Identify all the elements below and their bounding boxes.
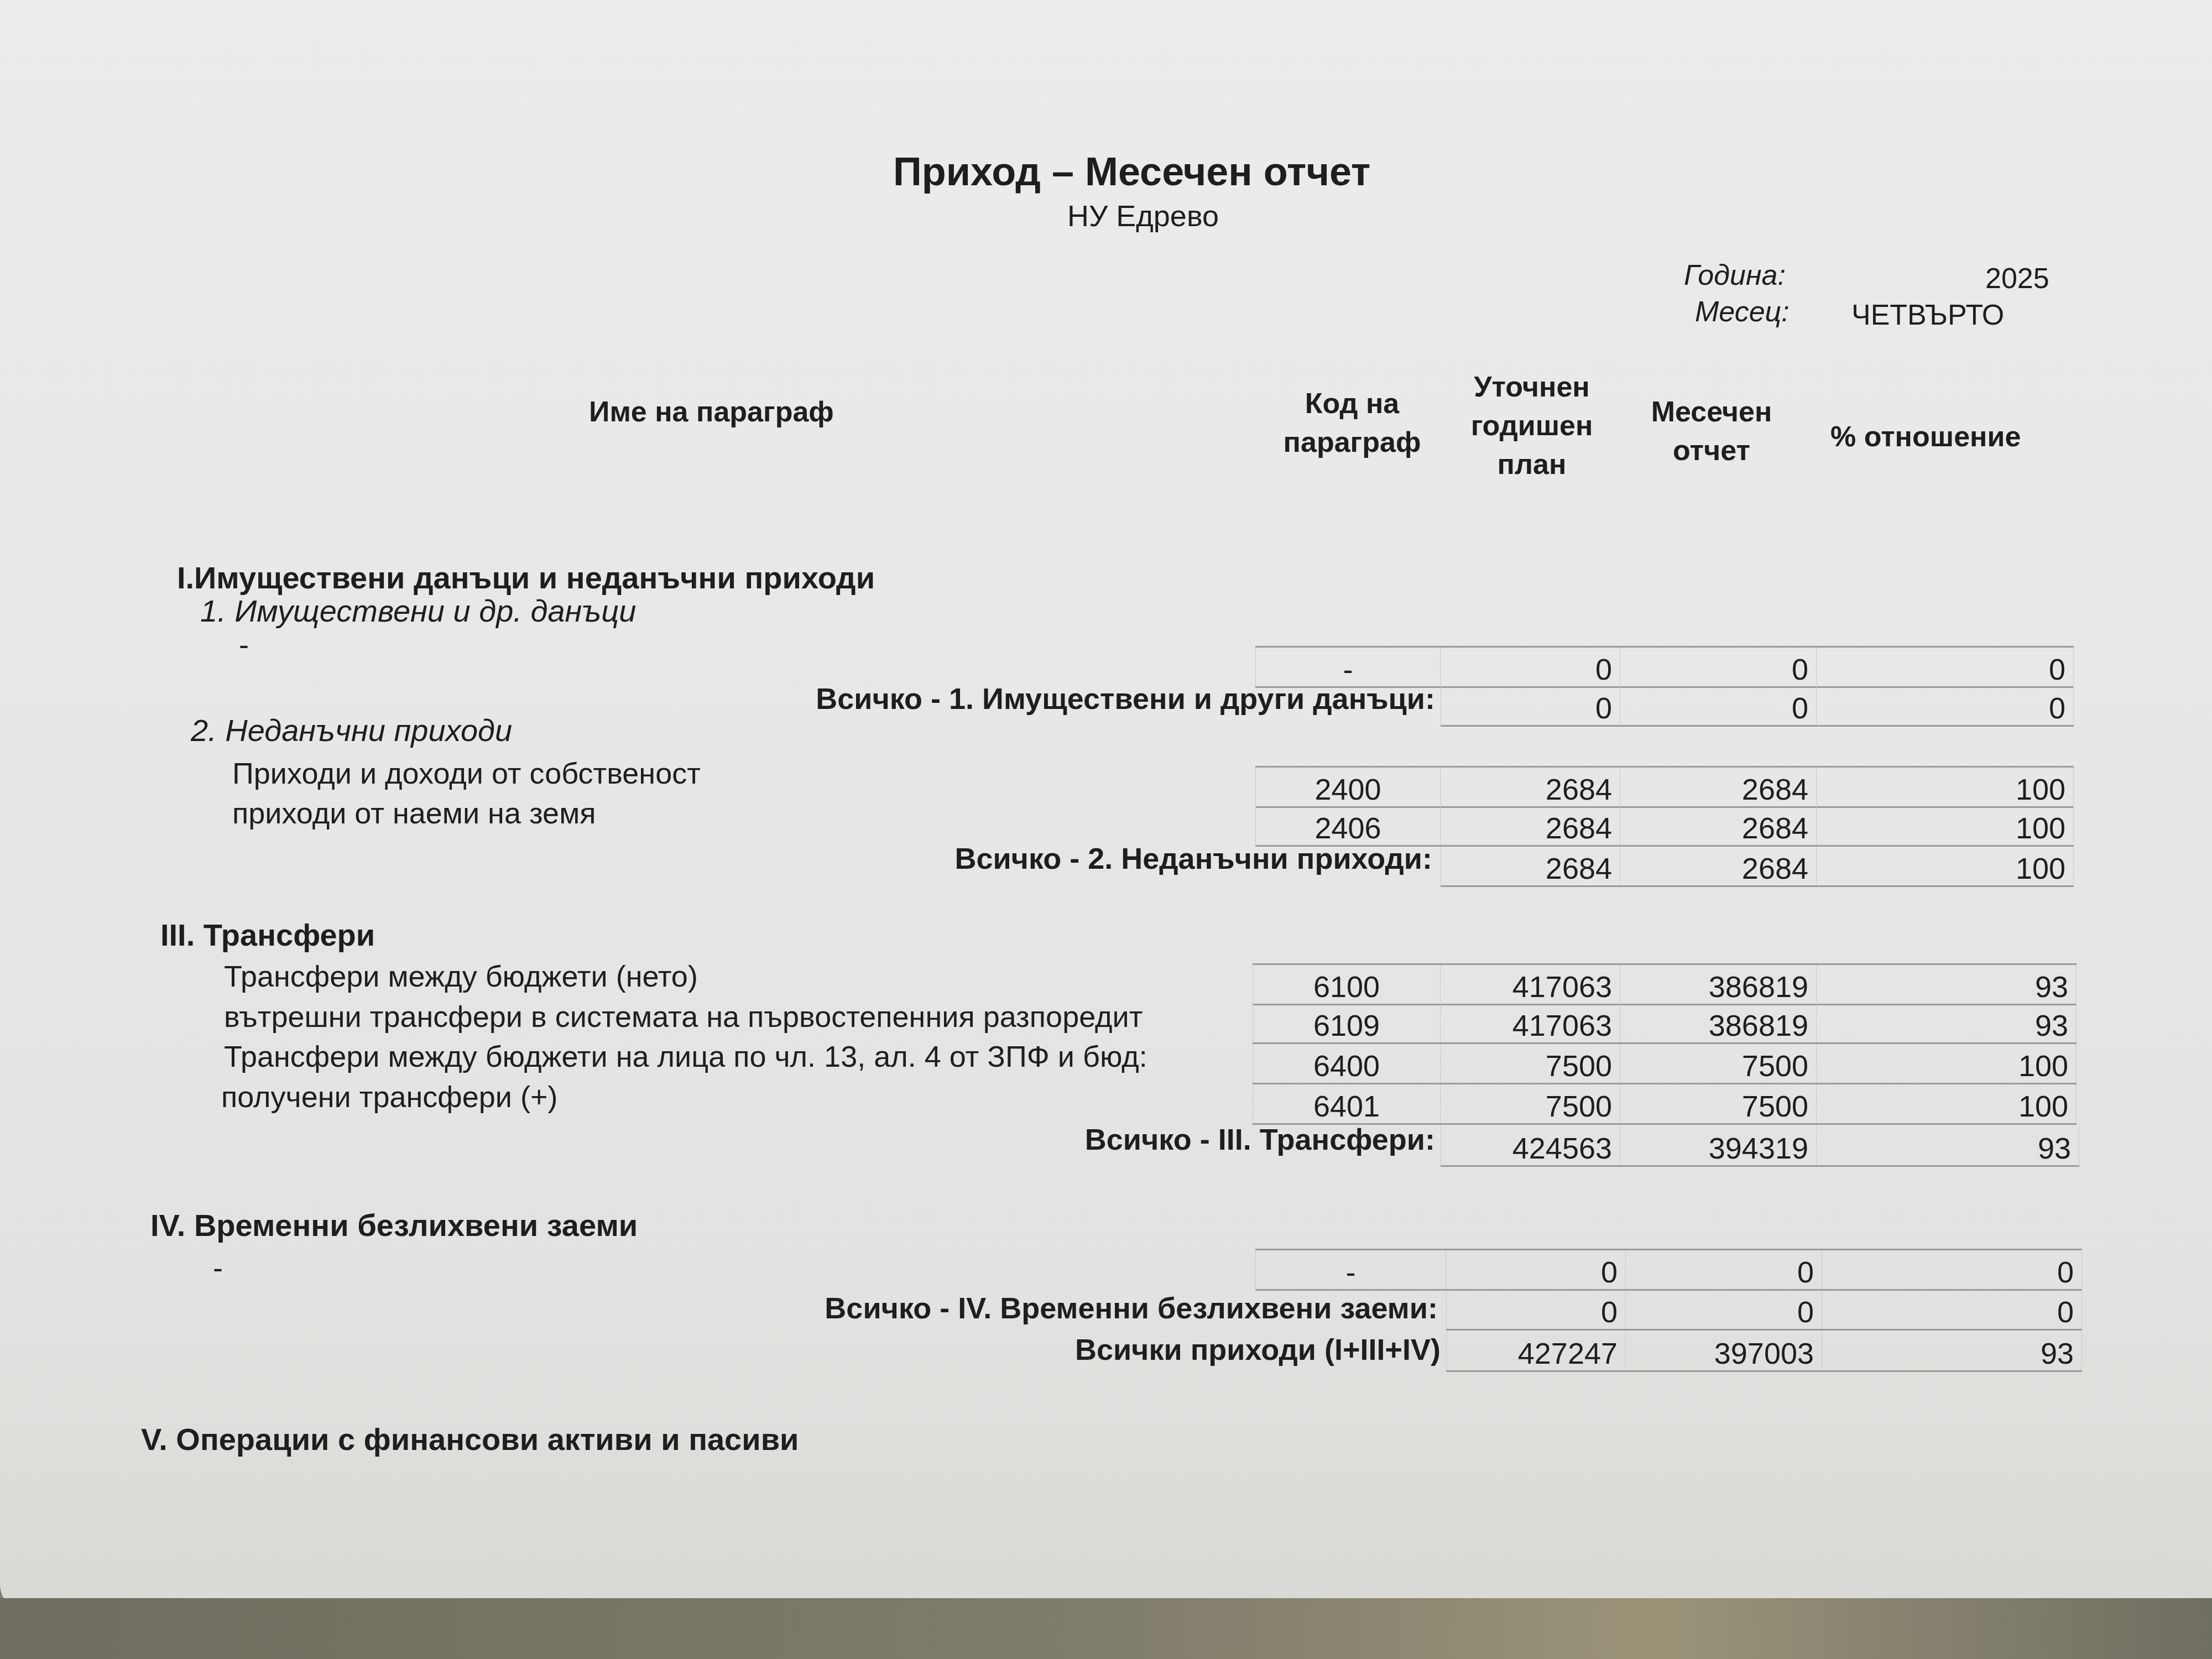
section-heading: IV. Временни безлихвени заеми bbox=[150, 1207, 638, 1243]
column-header-code: Код на параграф bbox=[1275, 384, 1430, 462]
desk-surface bbox=[0, 1598, 2212, 1659]
table-row: 6401 7500 7500 100 bbox=[1253, 1084, 2077, 1125]
cell-plan: 0 bbox=[1446, 1290, 1626, 1329]
section-heading: V. Операции с финансови активи и пасиви bbox=[141, 1421, 799, 1457]
month-value: ЧЕТВЪРТО bbox=[1851, 299, 2004, 332]
cell-code: - bbox=[1255, 648, 1441, 686]
cell-plan: 7500 bbox=[1441, 1044, 1620, 1083]
cell-ratio: 100 bbox=[1817, 1044, 2077, 1083]
table-row: 6400 7500 7500 100 bbox=[1253, 1044, 2077, 1084]
column-header-monthly: Месечен отчет bbox=[1634, 393, 1789, 470]
cell-plan: 0 bbox=[1441, 686, 1620, 725]
cell-plan: 0 bbox=[1441, 648, 1620, 686]
column-header-ratio: % отношение bbox=[1830, 418, 2021, 456]
cell-ratio: 0 bbox=[1822, 1250, 2082, 1289]
cell-monthly: 0 bbox=[1626, 1290, 1822, 1329]
row-name: Приходи и доходи от собственост bbox=[232, 757, 701, 791]
cell-code: - bbox=[1255, 1250, 1446, 1289]
cell-code: 6400 bbox=[1253, 1044, 1441, 1083]
cell-ratio: 100 bbox=[1817, 806, 2074, 845]
row-name: Трансфери между бюджети (нето) bbox=[224, 959, 698, 994]
row-name: получени трансфери (+) bbox=[221, 1080, 558, 1114]
cell-monthly: 0 bbox=[1626, 1250, 1822, 1289]
cell-plan: 7500 bbox=[1441, 1084, 1620, 1123]
cell-plan: 424563 bbox=[1441, 1126, 1620, 1165]
table-row: - 0 0 0 bbox=[1255, 1249, 2082, 1291]
cell-plan: 417063 bbox=[1441, 1004, 1620, 1042]
report-title: Приход – Месечен отчет bbox=[893, 149, 1370, 195]
cell-ratio: 0 bbox=[1817, 648, 2074, 686]
cell-ratio: 100 bbox=[1817, 768, 2074, 806]
cell-plan: 2684 bbox=[1441, 847, 1620, 885]
cell-monthly: 2684 bbox=[1620, 847, 1817, 885]
year-label: Година: bbox=[1684, 259, 1786, 292]
cell-plan: 2684 bbox=[1441, 806, 1620, 845]
column-header-plan: Уточнен годишен план bbox=[1449, 368, 1615, 484]
cell-plan: 417063 bbox=[1441, 965, 1620, 1004]
subtotal-label: Всичко - 1. Имуществени и други данъци: bbox=[664, 682, 1435, 716]
cell-ratio: 93 bbox=[1817, 965, 2077, 1004]
row-name: - bbox=[239, 628, 249, 662]
subtotal-label: Всичко - 2. Неданъчни приходи: bbox=[664, 842, 1432, 876]
column-header-name: Име на параграф bbox=[589, 393, 834, 431]
cell-code: 6109 bbox=[1253, 1004, 1441, 1042]
month-label: Месец: bbox=[1695, 295, 1790, 328]
cell-monthly: 7500 bbox=[1620, 1084, 1817, 1123]
cell-code: 2400 bbox=[1255, 768, 1441, 806]
section-heading: I.Имуществени данъци и неданъчни приходи bbox=[177, 560, 875, 596]
subtotal-row: 2684 2684 100 bbox=[1441, 847, 2074, 887]
cell-ratio: 100 bbox=[1817, 847, 2074, 885]
subtotal-row: 0 0 0 bbox=[1441, 686, 2074, 727]
subsection-heading: 2. Неданъчни приходи bbox=[191, 712, 512, 748]
grand-total-label: Всички приходи (I+III+IV) bbox=[664, 1333, 1441, 1367]
subtotal-label: Всичко - IV. Временни безлихвени заеми: bbox=[664, 1291, 1438, 1326]
cell-monthly: 0 bbox=[1620, 648, 1817, 686]
table-row: 2400 2684 2684 100 bbox=[1255, 766, 2074, 808]
table-row: 6109 417063 386819 93 bbox=[1253, 1004, 2077, 1044]
cell-ratio: 93 bbox=[1817, 1004, 2077, 1042]
organization-name: НУ Едрево bbox=[1067, 199, 1219, 233]
table-row: 2406 2684 2684 100 bbox=[1255, 806, 2074, 847]
section-heading: III. Трансфери bbox=[160, 917, 375, 953]
subtotal-label: Всичко - III. Трансфери: bbox=[664, 1123, 1435, 1157]
row-name: Трансфери между бюджети на лица по чл. 1… bbox=[224, 1040, 1253, 1074]
cell-ratio: 0 bbox=[1817, 686, 2074, 725]
cell-code: 2406 bbox=[1255, 806, 1441, 845]
cell-ratio: 93 bbox=[1817, 1126, 2079, 1165]
cell-code: 6100 bbox=[1253, 965, 1441, 1004]
cell-ratio: 100 bbox=[1817, 1084, 2077, 1123]
row-name: - bbox=[213, 1251, 223, 1285]
cell-monthly: 7500 bbox=[1620, 1044, 1817, 1083]
row-name: приходи от наеми на земя bbox=[232, 796, 596, 831]
cell-plan: 427247 bbox=[1446, 1332, 1626, 1370]
cell-plan: 2684 bbox=[1441, 768, 1620, 806]
cell-monthly: 2684 bbox=[1620, 806, 1817, 845]
cell-monthly: 0 bbox=[1620, 686, 1817, 725]
cell-monthly: 386819 bbox=[1620, 1004, 1817, 1042]
cell-monthly: 2684 bbox=[1620, 768, 1817, 806]
cell-code: 6401 bbox=[1253, 1084, 1441, 1123]
subsection-heading: 1. Имуществени и др. данъци bbox=[200, 593, 636, 629]
cell-plan: 0 bbox=[1446, 1250, 1626, 1289]
cell-monthly: 394319 bbox=[1620, 1126, 1817, 1165]
year-value: 2025 bbox=[1985, 262, 2049, 295]
grand-total-row: 427247 397003 93 bbox=[1446, 1332, 2082, 1372]
cell-ratio: 93 bbox=[1822, 1332, 2082, 1370]
cell-monthly: 386819 bbox=[1620, 965, 1817, 1004]
cell-ratio: 0 bbox=[1822, 1290, 2082, 1329]
subtotal-row: 424563 394319 93 bbox=[1441, 1126, 2079, 1167]
row-name: вътрешни трансфери в системата на първос… bbox=[224, 1000, 1253, 1034]
cell-monthly: 397003 bbox=[1626, 1332, 1822, 1370]
subtotal-row: 0 0 0 bbox=[1446, 1290, 2082, 1331]
table-row: 6100 417063 386819 93 bbox=[1253, 963, 2077, 1005]
